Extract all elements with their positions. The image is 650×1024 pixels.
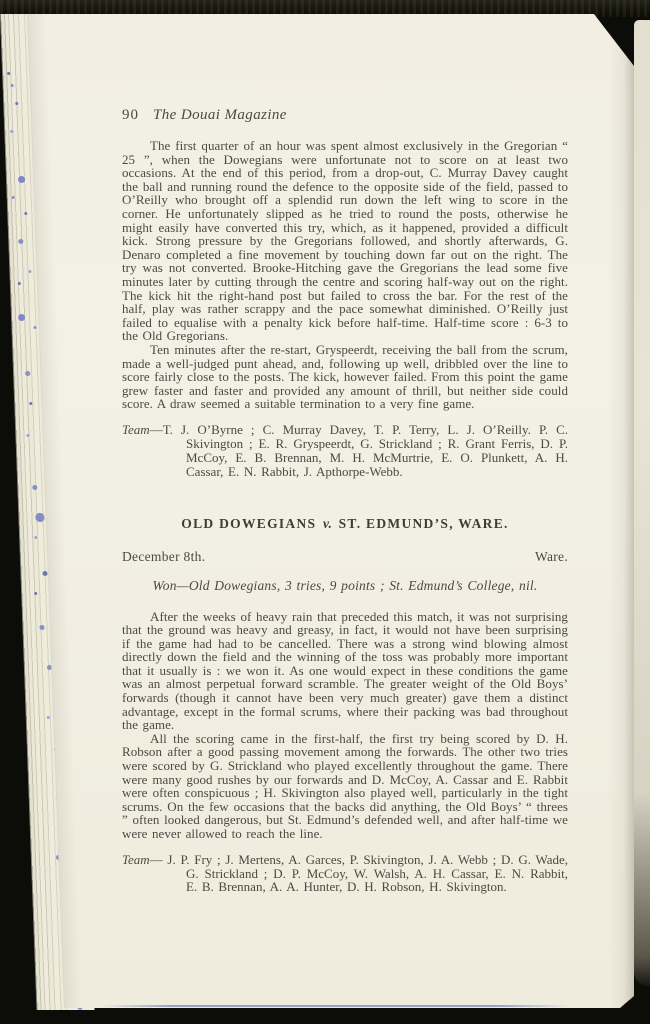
match1-paragraph-1: The first quarter of an hour was spent a…: [122, 139, 568, 343]
magazine-page: 90The Douai Magazine The first quarter o…: [20, 14, 634, 1008]
next-page-edge-tint: [100, 1005, 570, 1007]
match-location: Ware.: [535, 549, 568, 565]
match2-result-line: Won—Old Dowegians, 3 tries, 9 points ; S…: [122, 578, 568, 594]
team-names: — J. P. Fry ; J. Mertens, A. Garces, P. …: [150, 852, 568, 895]
team-label: Team: [122, 852, 150, 867]
match2-paragraph-2: All the scoring came in the first-half, …: [122, 732, 568, 841]
page-number: 90: [122, 107, 139, 123]
match2-dateline: December 8th. Ware.: [122, 549, 568, 565]
away-team-name: ST. EDMUND’S, WARE.: [339, 516, 509, 531]
match1-paragraph-2: Ten minutes after the re-start, Gryspeer…: [122, 343, 568, 411]
page-curl-shadow: [608, 14, 634, 1008]
versus-label: v.: [323, 516, 332, 531]
home-team-name: OLD DOWEGIANS: [181, 516, 316, 531]
book-photo: 90The Douai Magazine The first quarter o…: [0, 0, 650, 1024]
match2-heading: OLD DOWEGIANS v. ST. EDMUND’S, WARE.: [122, 516, 568, 532]
blue-speck-marks: [7, 72, 10, 75]
running-header: 90The Douai Magazine: [122, 106, 568, 124]
magazine-title: The Douai Magazine: [153, 107, 287, 123]
match2-paragraph-1: After the weeks of heavy rain that prece…: [122, 610, 568, 732]
match1-team-list: Team—T. J. O’Byrne ; C. Murray Davey, T.…: [122, 423, 568, 479]
team-label: Team: [122, 422, 150, 437]
match2-team-list: Team— J. P. Fry ; J. Mertens, A. Garces,…: [122, 853, 568, 895]
underlying-page-edge: [634, 20, 650, 986]
printed-text-column: 90The Douai Magazine The first quarter o…: [122, 106, 568, 894]
match-date: December 8th.: [122, 549, 205, 565]
team-names: —T. J. O’Byrne ; C. Murray Davey, T. P. …: [150, 422, 568, 479]
